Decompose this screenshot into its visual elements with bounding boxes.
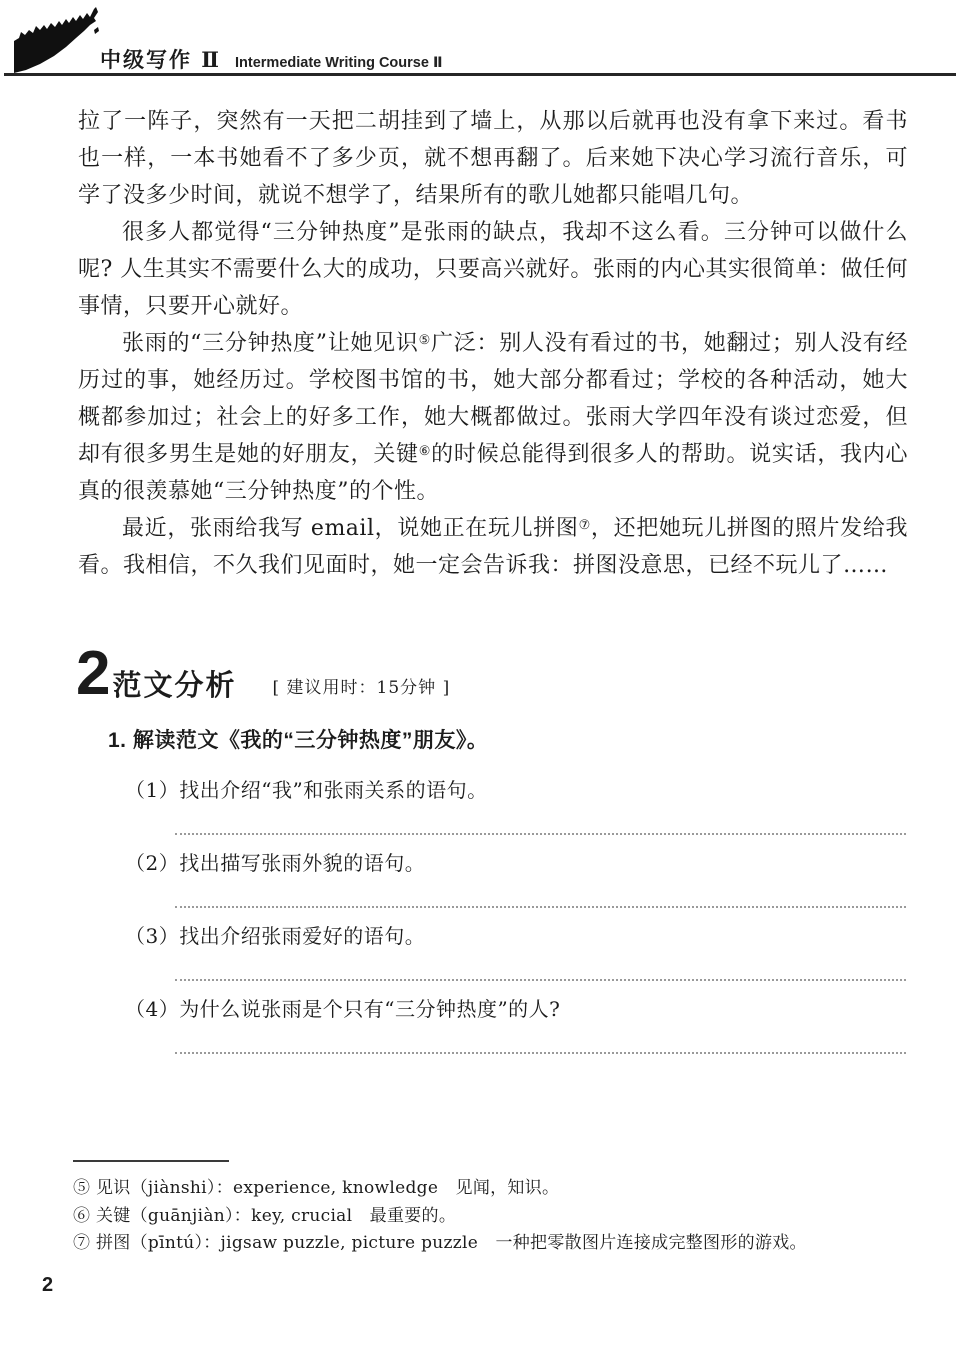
footnote-ref: ⑦ — [579, 518, 591, 533]
footnote: ⑤ 见识（jiànshi）：experience, knowledge 见闻，知… — [73, 1175, 908, 1203]
footnote-ref: ⑥ — [419, 444, 431, 459]
header-rule — [4, 73, 956, 76]
question-block: （4）为什么说张雨是个只有“三分钟热度”的人? — [108, 997, 906, 1054]
course-title-english: Intermediate Writing Course Ⅱ — [235, 55, 442, 71]
question-text: （2）找出描写张雨外貌的语句。 — [125, 851, 906, 875]
section-number: 2 — [76, 645, 110, 703]
section-title: 范文分析 — [112, 669, 236, 703]
question-text: （4）为什么说张雨是个只有“三分钟热度”的人? — [125, 997, 906, 1021]
footnote-list: ⑤ 见识（jiànshi）：experience, knowledge 见闻，知… — [73, 1175, 908, 1258]
textbook-page: 中级写作 Ⅱ Intermediate Writing Course Ⅱ 拉了一… — [0, 0, 960, 1349]
answer-line — [175, 833, 906, 835]
page-number: 2 — [42, 1274, 53, 1297]
question-list: （1）找出介绍“我”和张雨关系的语句。（2）找出描写张雨外貌的语句。（3）找出介… — [108, 778, 906, 1054]
question-block: （1）找出介绍“我”和张雨关系的语句。 — [108, 778, 906, 835]
footnote: ⑥ 关键（guānjiàn）：key, crucial 最重要的。 — [73, 1203, 908, 1231]
answer-line — [175, 979, 906, 981]
footnote-ref: ⑤ — [419, 333, 431, 348]
footnote: ⑦ 拼图（pīntú）：jigsaw puzzle, picture puzzl… — [73, 1230, 908, 1258]
essay-paragraph: 拉了一阵子，突然有一天把二胡挂到了墙上，从那以后就再也没有拿下来过。看书也一样，… — [78, 103, 908, 214]
footnote-section: ⑤ 见识（jiànshi）：experience, knowledge 见闻，知… — [73, 1160, 908, 1258]
question-text: （1）找出介绍“我”和张雨关系的语句。 — [125, 778, 906, 802]
answer-line — [175, 1052, 906, 1054]
section-heading: 2 范文分析 [ 建议用时：15分钟 ] — [76, 645, 450, 703]
footnote-divider — [73, 1160, 229, 1162]
answer-line — [175, 906, 906, 908]
exercise-heading: 1. 解读范文《我的“三分钟热度”朋友》。 — [108, 728, 906, 754]
essay-paragraph: 很多人都觉得“三分钟热度”是张雨的缺点，我却不这么看。三分钟可以做什么呢? 人生… — [78, 214, 908, 325]
section-time-hint: [ 建议用时：15分钟 ] — [273, 676, 451, 703]
question-text: （3）找出介绍张雨爱好的语句。 — [125, 924, 906, 948]
course-title-chinese: 中级写作 Ⅱ — [100, 44, 221, 74]
question-block: （3）找出介绍张雨爱好的语句。 — [108, 924, 906, 981]
essay-paragraph: 张雨的“三分钟热度”让她见识⑤广泛：别人没有看过的书，她翻过；别人没有经历过的事… — [78, 325, 908, 510]
essay-text: 拉了一阵子，突然有一天把二胡挂到了墙上，从那以后就再也没有拿下来过。看书也一样，… — [78, 103, 908, 584]
great-wall-icon — [10, 4, 102, 74]
question-block: （2）找出描写张雨外貌的语句。 — [108, 851, 906, 908]
exercise-block: 1. 解读范文《我的“三分钟热度”朋友》。 （1）找出介绍“我”和张雨关系的语句… — [108, 728, 906, 1070]
essay-paragraph: 最近，张雨给我写 email，说她正在玩儿拼图⑦，还把她玩儿拼图的照片发给我看。… — [78, 510, 908, 584]
